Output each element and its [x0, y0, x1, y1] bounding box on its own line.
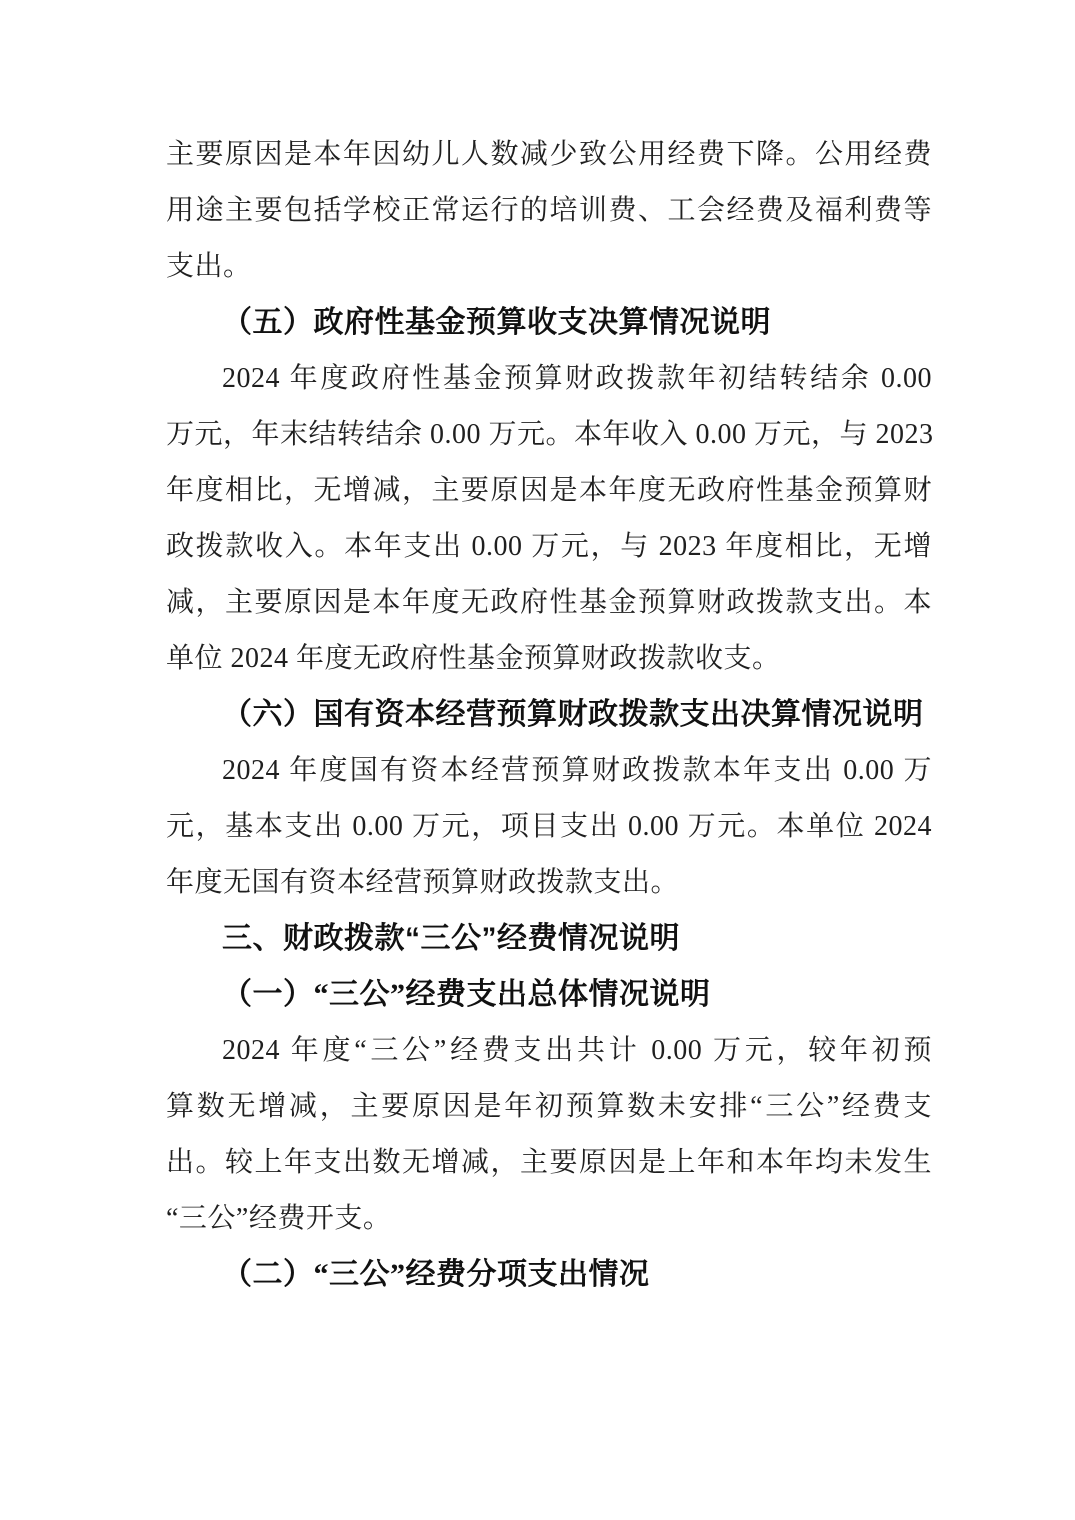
subsection-heading: （六）国有资本经营预算财政拨款支出决算情况说明 [166, 687, 932, 743]
body-text-line: 万元，年末结转结余 0.00 万元。本年收入 0.00 万元，与 2023 [166, 407, 932, 463]
body-text-line: 用途主要包括学校正常运行的培训费、工会经费及福利费等 [166, 183, 932, 239]
body-text-line: 2024 年度“三公”经费支出共计 0.00 万元，较年初预 [166, 1023, 932, 1079]
body-text-line: 支出。 [166, 239, 932, 295]
body-text-line: 单位 2024 年度无政府性基金预算财政拨款收支。 [166, 631, 932, 687]
body-text-line: 年度无国有资本经营预算财政拨款支出。 [166, 855, 932, 911]
body-text-line: 2024 年度政府性基金预算财政拨款年初结转结余 0.00 [166, 351, 932, 407]
subsection-heading: （二）“三公”经费分项支出情况 [166, 1247, 932, 1303]
body-text-line: 主要原因是本年因幼儿人数减少致公用经费下降。公用经费 [166, 127, 932, 183]
body-text-line: 元，基本支出 0.00 万元，项目支出 0.00 万元。本单位 2024 [166, 799, 932, 855]
subsection-heading: （五）政府性基金预算收支决算情况说明 [166, 295, 932, 351]
body-text-line: 出。较上年支出数无增减，主要原因是上年和本年均未发生 [166, 1135, 932, 1191]
body-text-line: 2024 年度国有资本经营预算财政拨款本年支出 0.00 万 [166, 743, 932, 799]
document-text-block: 主要原因是本年因幼儿人数减少致公用经费下降。公用经费用途主要包括学校正常运行的培… [166, 127, 932, 1303]
body-text-line: 减，主要原因是本年度无政府性基金预算财政拨款支出。本 [166, 575, 932, 631]
body-text-line: “三公”经费开支。 [166, 1191, 932, 1247]
body-text-line: 年度相比，无增减，主要原因是本年度无政府性基金预算财 [166, 463, 932, 519]
subsection-heading: （一）“三公”经费支出总体情况说明 [166, 967, 932, 1023]
body-text-line: 政拨款收入。本年支出 0.00 万元，与 2023 年度相比，无增 [166, 519, 932, 575]
section-heading: 三、财政拨款“三公”经费情况说明 [166, 911, 932, 967]
document-page: 主要原因是本年因幼儿人数减少致公用经费下降。公用经费用途主要包括学校正常运行的培… [0, 0, 1075, 1520]
body-text-line: 算数无增减，主要原因是年初预算数未安排“三公”经费支 [166, 1079, 932, 1135]
